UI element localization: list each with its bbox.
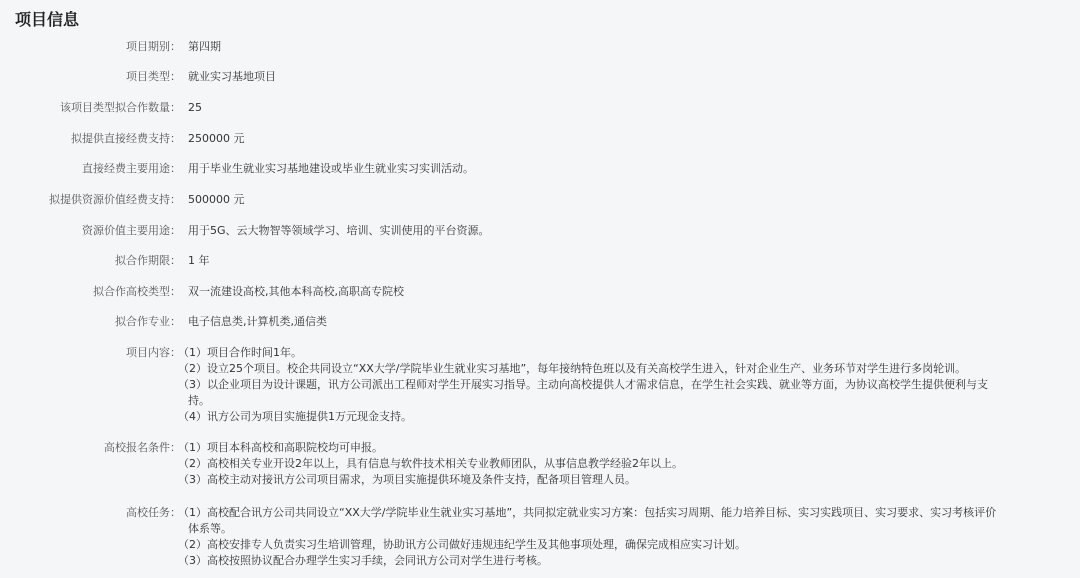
field-value: 第四期	[188, 39, 221, 55]
field-label: 资源价值主要用途：	[82, 223, 181, 239]
field-label: 项目类型：	[126, 69, 181, 85]
field-label: 项目期别：	[126, 39, 181, 55]
conditions-list: （1）项目本科高校和高职院校均可申报。 （2）高校相关专业开设2年以上，具有信息…	[178, 440, 1028, 488]
field-label: 拟合作期限：	[115, 253, 181, 269]
field-label: 拟提供资源价值经费支持：	[49, 192, 181, 208]
field-value: 用于毕业生就业实习基地建设或毕业生就业实习实训活动。	[188, 161, 474, 177]
field-label: 项目内容：	[126, 345, 181, 361]
field-value: 双一流建设高校,其他本科高校,高职高专院校	[188, 284, 404, 300]
field-label: 高校任务：	[126, 505, 181, 521]
task-item-3: （3）高校按照协议配合办理学生实习手续，会同讯方公司对学生进行考核。	[178, 553, 1028, 569]
field-label: 高校报名条件：	[104, 440, 181, 456]
condition-item-3: （3）高校主动对接讯方公司项目需求，为项目实施提供环境及条件支持，配备项目管理人…	[178, 472, 1028, 488]
content-list: （1）项目合作时间1年。 （2）设立25个项目。校企共同设立“XX大学/学院毕业…	[178, 345, 1028, 425]
content-item-3-cont: 持。	[178, 393, 1028, 409]
section-title: 项目信息	[15, 9, 79, 31]
field-value: 250000 元	[188, 131, 245, 147]
task-item-1-cont: 体系等。	[178, 521, 1028, 537]
condition-item-1: （1）项目本科高校和高职院校均可申报。	[178, 440, 1028, 456]
field-label: 该项目类型拟合作数量：	[60, 100, 181, 116]
field-value: 1 年	[188, 253, 210, 269]
content-item-3: （3）以企业项目为设计课题，讯方公司派出工程师对学生开展实习指导。主动向高校提供…	[178, 377, 1028, 393]
tasks-list: （1）高校配合讯方公司共同设立“XX大学/学院毕业生就业实习基地”，共同拟定就业…	[178, 505, 1028, 569]
field-value: 用于5G、云大物智等领域学习、培训、实训使用的平台资源。	[188, 223, 490, 239]
field-label: 拟提供直接经费支持：	[71, 131, 181, 147]
content-item-2: （2）设立25个项目。校企共同设立“XX大学/学院毕业生就业实习基地”，每年接纳…	[178, 361, 1028, 377]
task-item-1: （1）高校配合讯方公司共同设立“XX大学/学院毕业生就业实习基地”，共同拟定就业…	[178, 505, 1028, 521]
content-item-4: （4）讯方公司为项目实施提供1万元现金支持。	[178, 409, 1028, 425]
field-value: 电子信息类,计算机类,通信类	[188, 314, 327, 330]
content-item-1: （1）项目合作时间1年。	[178, 345, 1028, 361]
field-value: 500000 元	[188, 192, 245, 208]
field-label: 直接经费主要用途：	[82, 161, 181, 177]
condition-item-2: （2）高校相关专业开设2年以上，具有信息与软件技术相关专业教师团队，从事信息教学…	[178, 456, 1028, 472]
field-value: 就业实习基地项目	[188, 69, 276, 85]
field-label: 拟合作专业：	[115, 314, 181, 330]
task-item-2: （2）高校安排专人负责实习生培训管理，协助讯方公司做好违规违纪学生及其他事项处理…	[178, 537, 1028, 553]
field-value: 25	[188, 100, 202, 116]
field-label: 拟合作高校类型：	[93, 284, 181, 300]
